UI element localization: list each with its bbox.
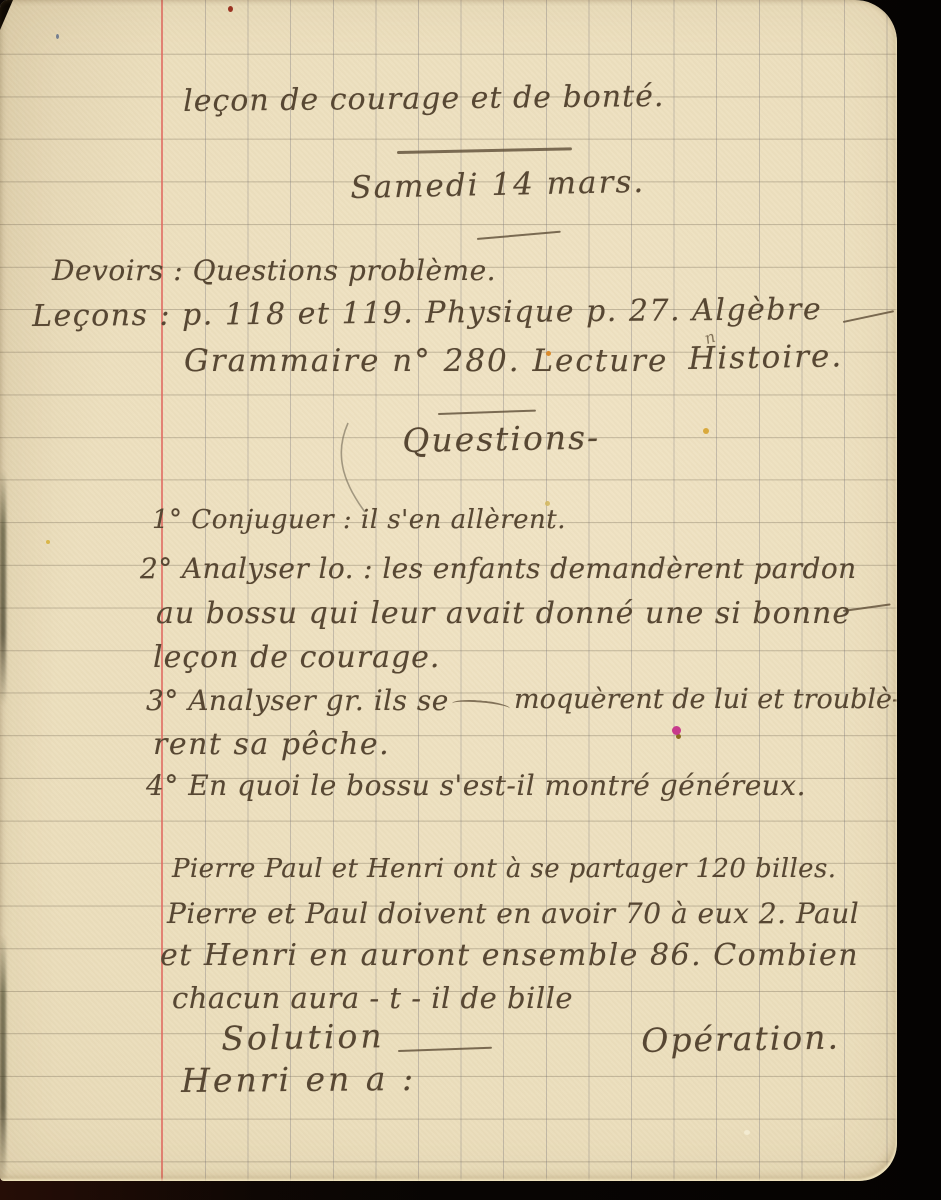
problem-line-2: Pierre et Paul doivent en avoir 70 à eux…: [167, 897, 859, 930]
yellow-speck: [46, 540, 50, 544]
blue-speck: [56, 34, 59, 39]
question-2-line-2: au bossu qui leur avait donné une si bon…: [156, 596, 851, 631]
question-4: 4° En quoi le bossu s'est-il montré géné…: [146, 769, 806, 802]
stray-pencil-stroke: [333, 420, 379, 516]
problem-line-4: chacun aura - t - il de bille: [172, 981, 573, 1015]
problem-line-3: et Henri en auront ensemble 86. Combien: [160, 938, 859, 973]
grammaire-line: Grammaire n° 280. Lecture: [184, 343, 668, 379]
solution-label: Solution: [221, 1016, 385, 1058]
question-3-line-1b: moquèrent de lui et troublè-: [514, 684, 897, 715]
operation-label: Opération.: [641, 1018, 840, 1060]
pink-petal-speck: [672, 726, 681, 735]
question-1: 1° Conjuguer : il s'en allèrent.: [152, 505, 566, 535]
question-3-line-2: rent sa pêche.: [153, 727, 390, 762]
binding-edge-smudge: [0, 935, 6, 1181]
henri-line: Henri en a :: [181, 1059, 416, 1100]
devoirs-line: Devoirs : Questions problème.: [52, 254, 496, 287]
date-line: Samedi 14 mars.: [350, 164, 646, 206]
orange-speck: [546, 351, 551, 356]
histoire-word: Histoire.: [688, 338, 844, 377]
question-2-line-1: 2° Analyser lo. : les enfants demandèren…: [140, 552, 857, 585]
binding-edge-smudge: [0, 470, 6, 705]
title-line: leçon de courage et de bonté.: [183, 79, 665, 119]
notebook-page: leçon de courage et de bonté. Samedi 14 …: [0, 0, 897, 1181]
red-margin-line: [161, 0, 163, 1181]
questions-heading: Questions-: [402, 418, 600, 460]
lecons-line: Leçons : p. 118 et 119. Physique p. 27. …: [32, 292, 822, 334]
question-2-line-3: leçon de courage.: [153, 640, 440, 675]
problem-line-1: Pierre Paul et Henri ont à se partager 1…: [172, 854, 836, 884]
torn-corner-notch: [0, 0, 13, 30]
red-ink-speck: [228, 6, 233, 12]
paper-fiber-speck: [744, 1130, 750, 1135]
yellow-speck: [545, 501, 550, 506]
yellow-speck: [703, 428, 709, 434]
photo-of-notebook-page: { "document_type": "handwritten French s…: [0, 0, 941, 1200]
question-3-line-1a: 3° Analyser gr. ils se: [146, 684, 449, 717]
